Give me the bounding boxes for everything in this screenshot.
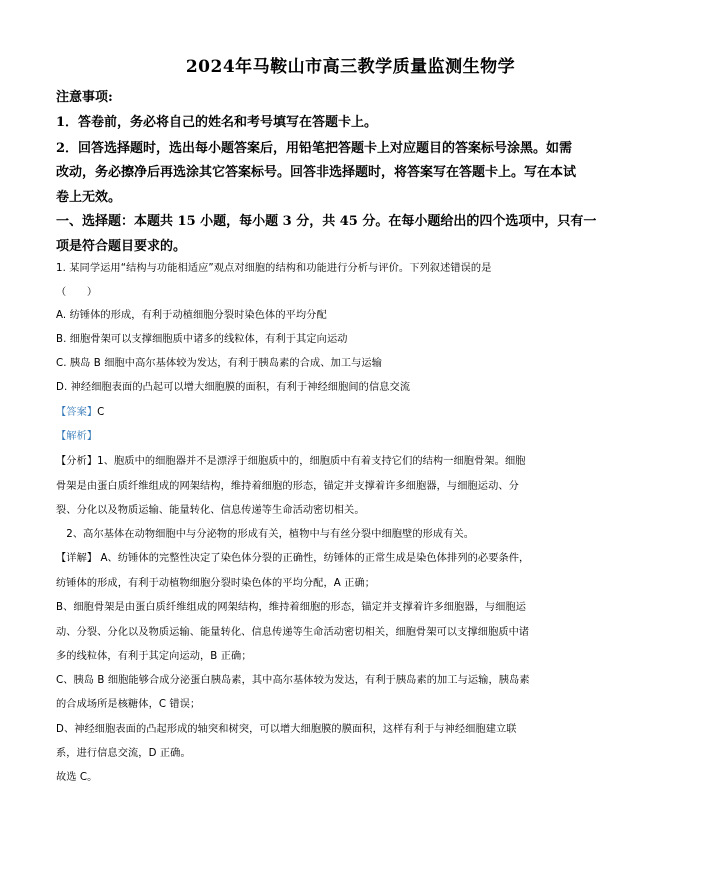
fenxi-line-4: 2、高尔基体在动物细胞中与分泌物的形成有关，植物中与有丝分裂中细胞壁的形成有关。 [56, 525, 474, 540]
answer-value: C [97, 407, 104, 418]
xiangjie-line-1: 【详解】 A、纺锤体的完整性决定了染色体分裂的正确性，纺锤体的正常生成是染色体排… [56, 549, 529, 564]
note-item-2-line-1: 2．回答选择题时，选出每小题答案后，用铅笔把答题卡上对应题目的答案标号涂黑。如需 [56, 137, 572, 156]
xiangjie-line-7: 的合成场所是核糖体，C 错误； [56, 695, 200, 710]
notes-heading: 注意事项: [56, 86, 113, 105]
section-heading-line-2: 项是符合题目要求的。 [56, 235, 186, 254]
xiangjie-line-2: 纺锤体的形成，有利于动植物细胞分裂时染色体的平均分配，A 正确； [56, 574, 375, 589]
xiangjie-line-4: 动、分裂、分化以及物质运输、能量转化、信息传递等生命活动密切相关，细胞骨架可以支… [56, 623, 529, 638]
option-b: B. 细胞骨架可以支撑细胞质中诸多的线粒体，有利于其定向运动 [56, 330, 348, 345]
option-d: D. 神经细胞表面的凸起可以增大细胞膜的面积，有利于神经细胞间的信息交流 [56, 378, 410, 393]
xiangjie-line-3: B、细胞骨架是由蛋白质纤维组成的网架结构，维持着细胞的形态，锚定并支撑着许多细胞… [56, 598, 526, 613]
question-blank: （ ） [56, 283, 97, 298]
document-page: 2024年马鞍山市高三教学质量监测生物学 注意事项: 1．答卷前，务必将自己的姓… [0, 0, 701, 877]
option-a: A. 纺锤体的形成，有利于动植细胞分裂时染色体的平均分配 [56, 306, 327, 321]
xiangjie-line-6: C、胰岛 B 细胞能够合成分泌蛋白胰岛素，其中高尔基体较为发达，有利于胰岛素的加… [56, 671, 530, 686]
page-title: 2024年马鞍山市高三教学质量监测生物学 [0, 52, 701, 77]
section-heading-line-1: 一、选择题：本题共 15 小题，每小题 3 分，共 45 分。在每小题给出的四个… [56, 210, 596, 229]
note-item-2-line-2: 改动，务必擦净后再选涂其它答案标号。回答非选择题时，将答案写在答题卡上。写在本试 [56, 161, 576, 180]
question-stem: 1. 某同学运用“结构与功能相适应”观点对细胞的结构和功能进行分析与评价。下列叙… [56, 259, 492, 274]
note-item-2-line-3: 卷上无效。 [56, 186, 121, 205]
xiangjie-line-5: 多的线粒体，有利于其定向运动，B 正确； [56, 647, 252, 662]
answer-row: 【答案】C [56, 403, 104, 418]
conclusion-line: 故选 C。 [56, 768, 97, 783]
fenxi-line-1: 【分析】1、胞质中的细胞器并不是漂浮于细胞质中的，细胞质中有着支持它们的结构一细… [56, 452, 526, 467]
answer-label: 【答案】 [56, 407, 97, 418]
fenxi-line-2: 骨架是由蛋白质纤维组成的网架结构，维持着细胞的形态，锚定并支撑着许多细胞器，与细… [56, 477, 519, 492]
analysis-label: 【解析】 [56, 427, 97, 442]
xiangjie-line-9: 系，进行信息交流，D 正确。 [56, 744, 191, 759]
note-item-1: 1．答卷前，务必将自己的姓名和考号填写在答题卡上。 [56, 111, 377, 130]
xiangjie-line-8: D、神经细胞表面的凸起形成的轴突和树突，可以增大细胞膜的膜面积，这样有利于与神经… [56, 720, 517, 735]
option-c: C. 胰岛 B 细胞中高尔基体较为发达，有利于胰岛素的合成、加工与运输 [56, 354, 382, 369]
fenxi-line-3: 裂、分化以及物质运输、能量转化、信息传递等生命活动密切相关。 [56, 501, 365, 516]
